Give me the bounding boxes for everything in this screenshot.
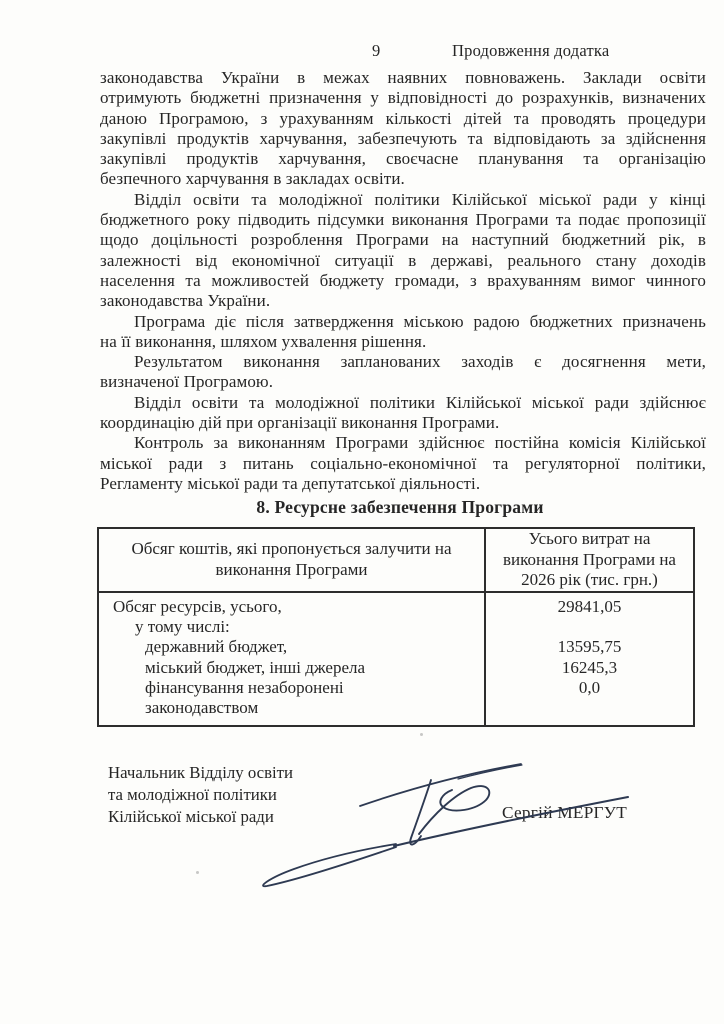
table-cell-line: міський бюджет, інші джерела <box>99 658 484 678</box>
paragraph-line: закупівлі продуктів харчування, забезпеч… <box>100 129 706 149</box>
paragraph-line: безпечного харчування в закладах освіти. <box>100 169 706 189</box>
table-cell-line: фінансування незаборонені <box>99 678 484 698</box>
table-header-row: Обсяг коштів, які пропонується залучити … <box>99 529 693 593</box>
paragraph-line: Регламенту міської ради та депутатської … <box>100 474 706 494</box>
signatory-title-line: Кілійської міської ради <box>108 806 293 828</box>
paragraph-line: на її виконання, шляхом ухвалення рішенн… <box>100 332 706 352</box>
table-body-row: Обсяг ресурсів, усього,у тому числі:держ… <box>99 593 693 725</box>
scan-speck <box>196 871 199 874</box>
signatory-title-line: Начальник Відділу освіти <box>108 762 293 784</box>
section-heading: 8. Ресурсне забезпечення Програми <box>100 497 700 518</box>
paragraph: Відділ освіти та молодіжної політики Кіл… <box>100 393 706 434</box>
table-cell-line: державний бюджет, <box>99 637 484 657</box>
paragraph-line: щодо доцільності розроблення Програми на… <box>100 230 706 250</box>
paragraph-line: визначеної Програмою. <box>100 372 706 392</box>
table-cell-line: у тому числі: <box>99 617 484 637</box>
paragraph-line: залежності від економічної ситуації в де… <box>100 251 706 271</box>
paragraph-line: Результатом виконання запланованих заход… <box>100 352 706 372</box>
paragraph-line: Відділ освіти та молодіжної політики Кіл… <box>100 190 706 210</box>
paragraph-line: законодавства України. <box>100 291 706 311</box>
paragraph-line: даною Програмою, з урахуванням кількості… <box>100 109 706 129</box>
signatory-name: Сергій МЕРГУТ <box>502 803 627 823</box>
page-number: 9 <box>372 41 380 61</box>
resources-table: Обсяг коштів, які пропонується залучити … <box>97 527 695 727</box>
table-value-line <box>486 698 693 718</box>
paragraph-line: координацію дій при організації виконанн… <box>100 413 706 433</box>
table-value-line <box>486 617 693 637</box>
annex-continuation-label: Продовження додатка <box>452 41 609 61</box>
paragraph: Контроль за виконанням Програми здійснює… <box>100 433 706 494</box>
table-header-funds: Обсяг коштів, які пропонується залучити … <box>99 529 486 591</box>
table-value-line: 13595,75 <box>486 637 693 657</box>
table-cell-line: Обсяг ресурсів, усього, <box>99 597 484 617</box>
paragraph-line: законодавства України в межах наявних по… <box>100 68 706 88</box>
table-value-line: 16245,3 <box>486 658 693 678</box>
table-header-total-2026: Усього витрат на виконання Програми на 2… <box>486 529 693 591</box>
paragraph: Програма діє після затвердження міською … <box>100 312 706 353</box>
signatory-title-line: та молодіжної політики <box>108 784 293 806</box>
document-page: 9 Продовження додатка законодавства Укра… <box>0 0 724 1024</box>
paragraph-line: отримують бюджетні призначення у відпові… <box>100 88 706 108</box>
paragraph-line: Програма діє після затвердження міською … <box>100 312 706 332</box>
table-value-line: 0,0 <box>486 678 693 698</box>
paragraph-line: міської ради з питань соціально-економіч… <box>100 454 706 474</box>
paragraph: Результатом виконання запланованих заход… <box>100 352 706 393</box>
table-body-col2: 29841,05 13595,7516245,30,0 <box>486 593 693 725</box>
signatory-title: Начальник Відділу освітита молодіжної по… <box>108 762 293 828</box>
table-body-col1: Обсяг ресурсів, усього,у тому числі:держ… <box>99 593 486 725</box>
table-value-line: 29841,05 <box>486 597 693 617</box>
paragraph-line: бюджетного року підводить підсумки викон… <box>100 210 706 230</box>
table-cell-line: законодавством <box>99 698 484 718</box>
paragraph-line: Відділ освіти та молодіжної політики Кіл… <box>100 393 706 413</box>
scan-speck <box>233 116 236 119</box>
body-paragraphs: законодавства України в межах наявних по… <box>100 68 706 494</box>
paragraph-line: населення та можливостей бюджету громади… <box>100 271 706 291</box>
paragraph: Відділ освіти та молодіжної політики Кіл… <box>100 190 706 312</box>
paragraph-line: Контроль за виконанням Програми здійснює… <box>100 433 706 453</box>
scan-speck <box>420 733 423 736</box>
paragraph: законодавства України в межах наявних по… <box>100 68 706 190</box>
paragraph-line: закупівлі продуктів харчування, своєчасн… <box>100 149 706 169</box>
